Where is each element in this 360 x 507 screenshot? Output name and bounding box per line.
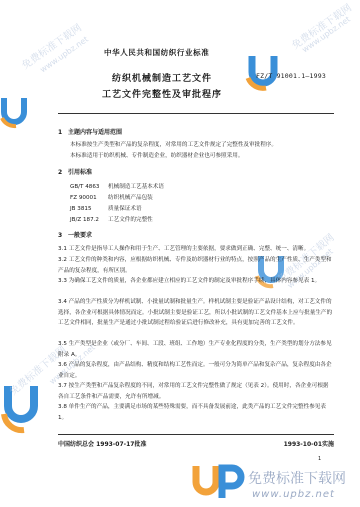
issuing-org: 中华人民共和国纺织行业标准 <box>104 47 209 58</box>
clause-3-4: 3.4 产品的生产性质分为样机试制、小批量试制和批量生产。样机试制主要是验证产品… <box>58 297 334 329</box>
reference-item: GB/T 4863机械制造工艺基本术语 <box>70 182 164 190</box>
clause-3-6: 3.6 产品的复杂程度，由产品结构、精度和结构工艺性而定。一般可分为简单产品和复… <box>58 360 334 381</box>
clause-3-7: 3.7 按生产类型和产品复杂程度的不同，对常用的工艺文件完整性做了规定（见表 2… <box>58 381 334 402</box>
clause-3-5: 3.5 生产类型是企业（或分厂、车间、工段、班组、工作地）生产专业化程度的分类，… <box>58 339 334 360</box>
section-1-para: 本标准适用于纺织机械、专件制造企业，纺织器材企业也可参照采用。 <box>70 151 332 162</box>
watermark-text: 免费标准下载网 <box>18 19 84 71</box>
effective-date: 1993-10-01实施 <box>284 439 334 448</box>
upbz-logo-icon <box>244 48 288 92</box>
upbz-logo-icon <box>0 380 46 436</box>
standard-number: FZ/T 91001.1—1993 <box>256 72 326 80</box>
approval-date: 中国纺织总会 1993-07-17批准 <box>58 439 146 448</box>
watermark-site-name: 免费标准下载网 <box>248 468 346 488</box>
page-number: 1 <box>318 456 321 462</box>
watermark-url: www.upbz.net <box>301 15 352 55</box>
footer-divider <box>58 434 334 435</box>
document-title-line2: 工艺文件完整性及审批程序 <box>102 87 222 100</box>
watermark-text: 免费标准下载网 <box>288 0 354 52</box>
section-heading-1: 1主题内容与适用范围 <box>58 127 122 136</box>
header-divider <box>58 113 334 114</box>
clause-3-8: 3.8 单件生产的产品，主要满足市场的某些特殊需要，而不具备发展前途，此类产品的… <box>58 402 334 423</box>
reference-item: JB 3815质量保证术语 <box>70 204 142 212</box>
clause-3-3: 3.3 为确保工艺文件的质量，各企业都应建立相应的工艺文件的制定及审批程序手续，… <box>58 276 334 287</box>
clause-3-1: 3.1 工艺文件是指导工人操作和用于生产、工艺管理的主要依据，要求做到正确、完整… <box>58 244 334 255</box>
section-heading-3: 3一般要求 <box>58 230 92 239</box>
document-title-line1: 纺织机械制造工艺文件 <box>112 71 212 84</box>
upbz-logo-icon <box>192 462 246 502</box>
reference-item: JB/Z 187.2工艺文件的完整性 <box>70 215 153 223</box>
section-heading-2: 2引用标准 <box>58 167 92 176</box>
watermark-url: www.upbz.net <box>39 35 90 75</box>
upbz-logo-icon <box>0 90 40 130</box>
watermark-site-url: www.upbz.net <box>252 489 335 500</box>
section-1-para: 本标准按生产类型和产品的复杂程度，对常用的工艺文件规定了完整性及审批程序。 <box>70 140 332 151</box>
clause-3-2: 3.2 工艺文件的种类和内容，应根据纺织机械、专件及纺织器材行业的特点，按照产品… <box>58 255 334 276</box>
reference-item: FZ 90001纺织机械产品包装 <box>70 193 153 201</box>
document-page: 免费标准下载网 www.upbz.net 免费标准下载网 www.upbz.ne… <box>0 0 360 507</box>
